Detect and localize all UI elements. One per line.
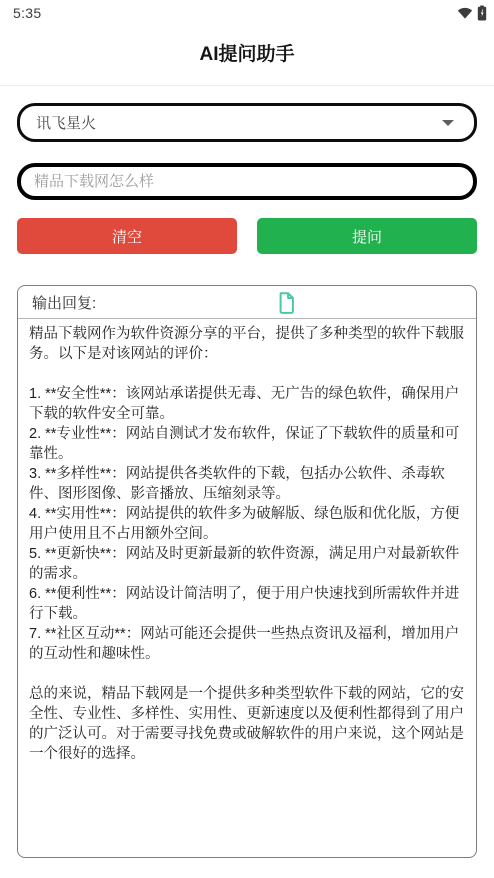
clear-button[interactable]: 清空	[17, 218, 237, 254]
model-dropdown[interactable]: 讯飞星火	[17, 103, 477, 142]
title-bar: AI提问助手	[0, 24, 494, 86]
battery-icon	[477, 5, 487, 21]
wifi-icon	[457, 6, 473, 20]
copy-document-icon[interactable]	[276, 291, 296, 315]
action-button-row: 清空 提问	[17, 218, 477, 254]
output-header: 输出回复:	[18, 286, 476, 319]
output-label: 输出回复:	[32, 292, 96, 313]
status-bar: 5:35	[0, 0, 494, 24]
status-icons	[457, 5, 487, 21]
output-panel: 输出回复: 精品下载网作为软件资源分享的平台，提供了多种类型的软件下载服务。以下…	[17, 285, 477, 858]
model-dropdown-value: 讯飞星火	[36, 112, 96, 133]
status-time: 5:35	[13, 5, 41, 21]
chevron-down-icon	[442, 120, 454, 126]
ask-button[interactable]: 提问	[257, 218, 477, 254]
page-title: AI提问助手	[199, 44, 294, 65]
output-reply-text[interactable]: 精品下载网作为软件资源分享的平台，提供了多种类型的软件下载服务。以下是对该网站的…	[18, 319, 476, 857]
question-input[interactable]	[17, 163, 477, 200]
